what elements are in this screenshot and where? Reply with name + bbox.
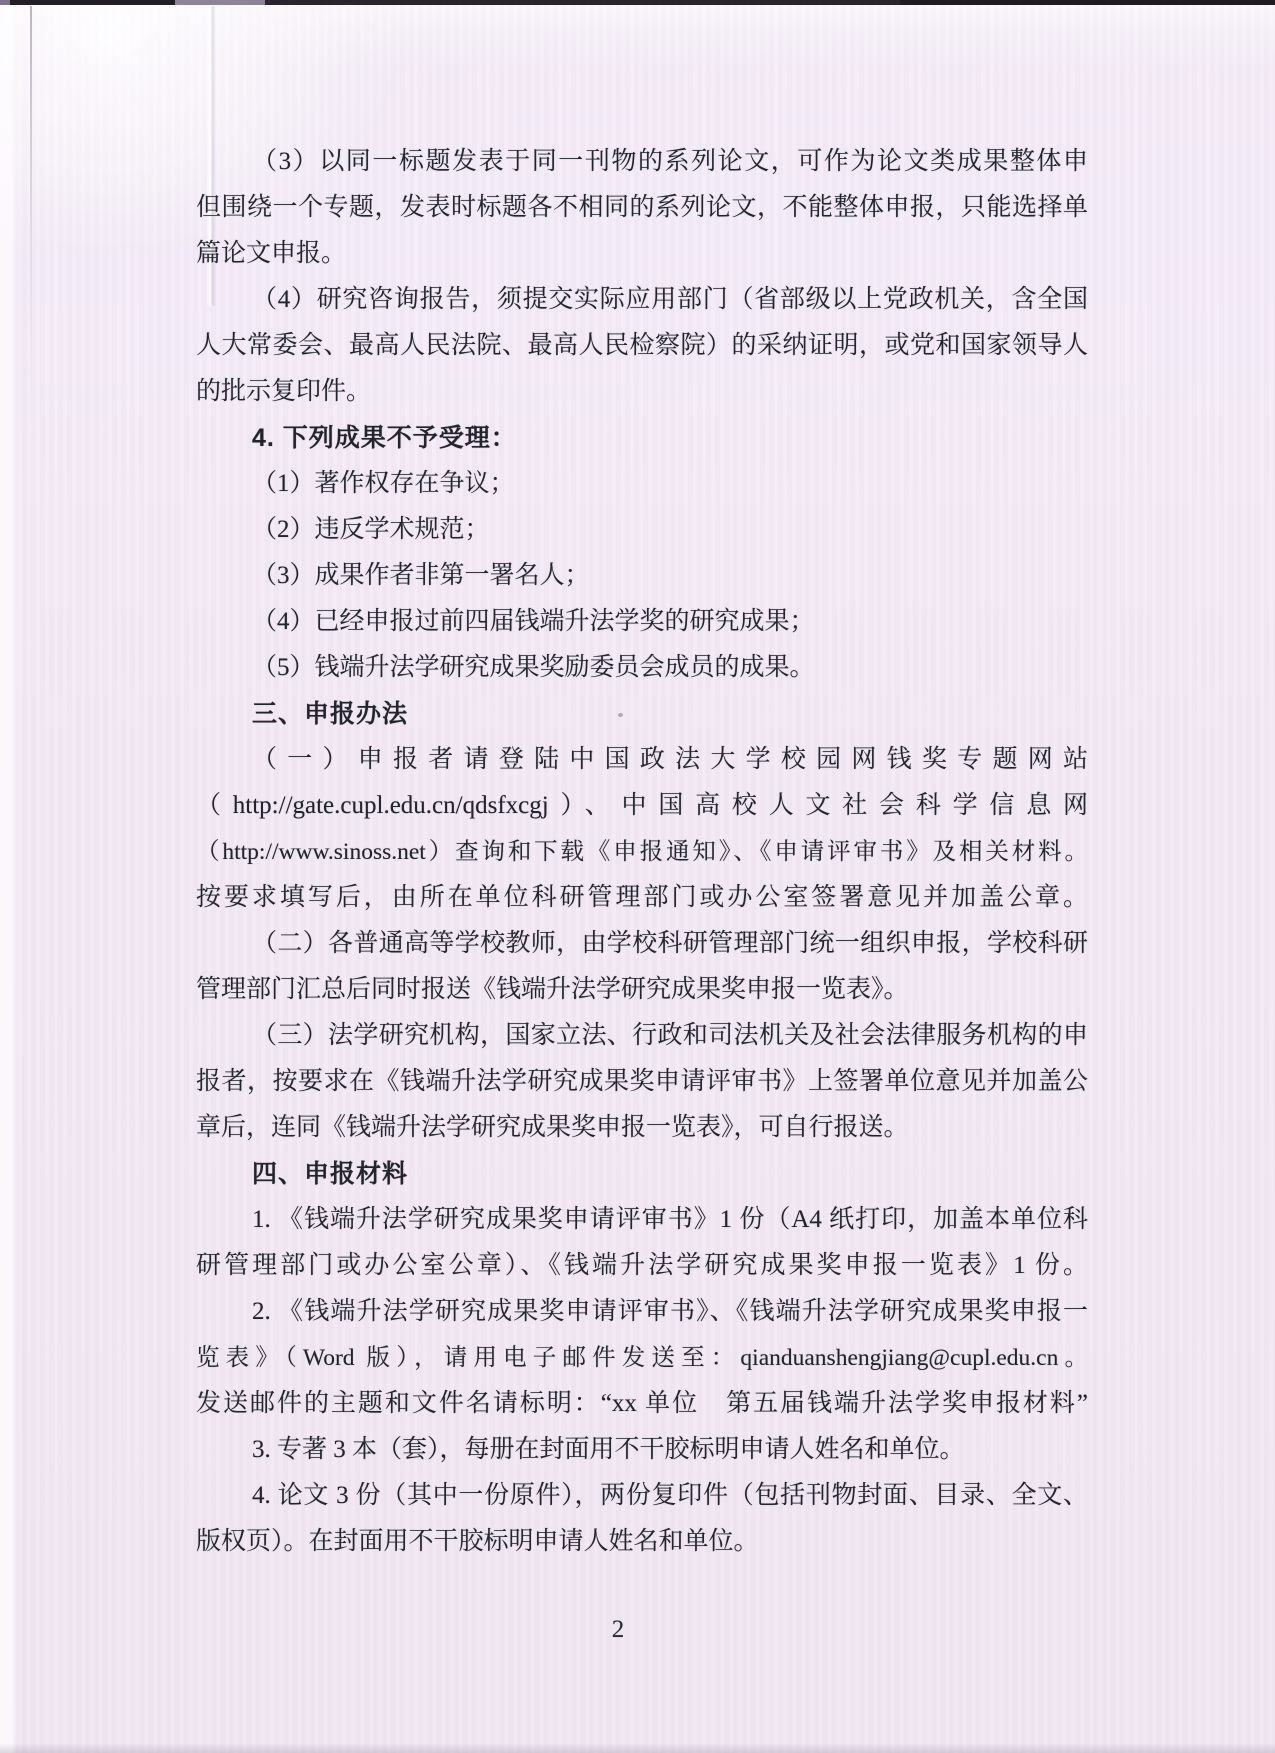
text-line: （4）研究咨询报告，须提交实际应用部门（省部级以上党政机关，含全国 <box>196 277 1088 323</box>
text-line: 按要求填写后，由所在单位科研管理部门或办公室签署意见并加盖公章。 <box>196 875 1088 921</box>
text-line: 管理部门汇总后同时报送《钱端升法学研究成果奖申报一览表》。 <box>196 967 1088 1013</box>
text-line: （一）申报者请登陆中国政法大学校园网钱奖专题网站 <box>196 737 1088 783</box>
text-line: 3. 专著 3 本（套），每册在封面用不干胶标明申请人姓名和单位。 <box>196 1427 1088 1473</box>
text-line: 但围绕一个专题，发表时标题各不相同的系列论文，不能整体申报，只能选择单 <box>196 185 1088 231</box>
text-line: （3）成果作者非第一署名人； <box>196 553 1088 599</box>
text-line: 版权页）。在封面用不干胶标明申请人姓名和单位。 <box>196 1519 1088 1565</box>
text-line: （4）已经申报过前四届钱端升法学奖的研究成果； <box>196 599 1088 645</box>
text-line: （5）钱端升法学研究成果奖励委员会成员的成果。 <box>196 645 1088 691</box>
text-line: （1）著作权存在争议； <box>196 461 1088 507</box>
text-line: 的批示复印件。 <box>196 369 1088 415</box>
text-line: （http://gate.cupl.edu.cn/qdsfxcgj）、中国高校人… <box>196 783 1088 829</box>
page-number: 2 <box>0 1610 1236 1650</box>
scan-bottom-edge-artifact <box>0 1743 1275 1753</box>
text-line: （二）各普通高等学校教师，由学校科研管理部门统一组织申报，学校科研 <box>196 921 1088 967</box>
text-line: 篇论文申报。 <box>196 231 1088 277</box>
text-line: 三、申报办法 <box>196 691 1088 737</box>
text-line: 报者，按要求在《钱端升法学研究成果奖申请评审书》上签署单位意见并加盖公 <box>196 1059 1088 1105</box>
text-line: 1. 《钱端升法学研究成果奖申请评审书》1 份（A4 纸打印，加盖本单位科 <box>196 1197 1088 1243</box>
text-line: 览表》（Word 版），请用电子邮件发送至：qianduanshengjiang… <box>196 1335 1088 1381</box>
text-line: （2）违反学术规范； <box>196 507 1088 553</box>
scanned-page: （3）以同一标题发表于同一刊物的系列论文，可作为论文类成果整体申报；但围绕一个专… <box>0 0 1275 1753</box>
text-line: 发送邮件的主题和文件名请标明：“xx 单位 第五届钱端升法学奖申报材料” <box>196 1381 1088 1427</box>
text-line: 4. 论文 3 份（其中一份原件），两份复印件（包括刊物封面、目录、全文、 <box>196 1473 1088 1519</box>
text-line: 人大常委会、最高人民法院、最高人民检察院）的采纳证明，或党和国家领导人 <box>196 323 1088 369</box>
document-body: （3）以同一标题发表于同一刊物的系列论文，可作为论文类成果整体申报；但围绕一个专… <box>196 139 1088 1565</box>
text-line: （三）法学研究机构，国家立法、行政和司法机关及社会法律服务机构的申 <box>196 1013 1088 1059</box>
text-line: 4. 下列成果不予受理： <box>196 415 1088 461</box>
text-line: 2. 《钱端升法学研究成果奖申请评审书》、《钱端升法学研究成果奖申报一 <box>196 1289 1088 1335</box>
text-line: 研管理部门或办公室公章）、《钱端升法学研究成果奖申报一览表》1 份。 <box>196 1243 1088 1289</box>
text-line: 章后，连同《钱端升法学研究成果奖申报一览表》，可自行报送。 <box>196 1105 1088 1151</box>
scan-top-edge-artifact <box>0 0 1275 5</box>
text-line: （http://www.sinoss.net）查询和下载《申报通知》、《申请评审… <box>196 829 1088 875</box>
text-line: 四、申报材料 <box>196 1151 1088 1197</box>
paper-edge-shadow <box>30 6 32 396</box>
text-line: （3）以同一标题发表于同一刊物的系列论文，可作为论文类成果整体申报； <box>196 139 1088 185</box>
